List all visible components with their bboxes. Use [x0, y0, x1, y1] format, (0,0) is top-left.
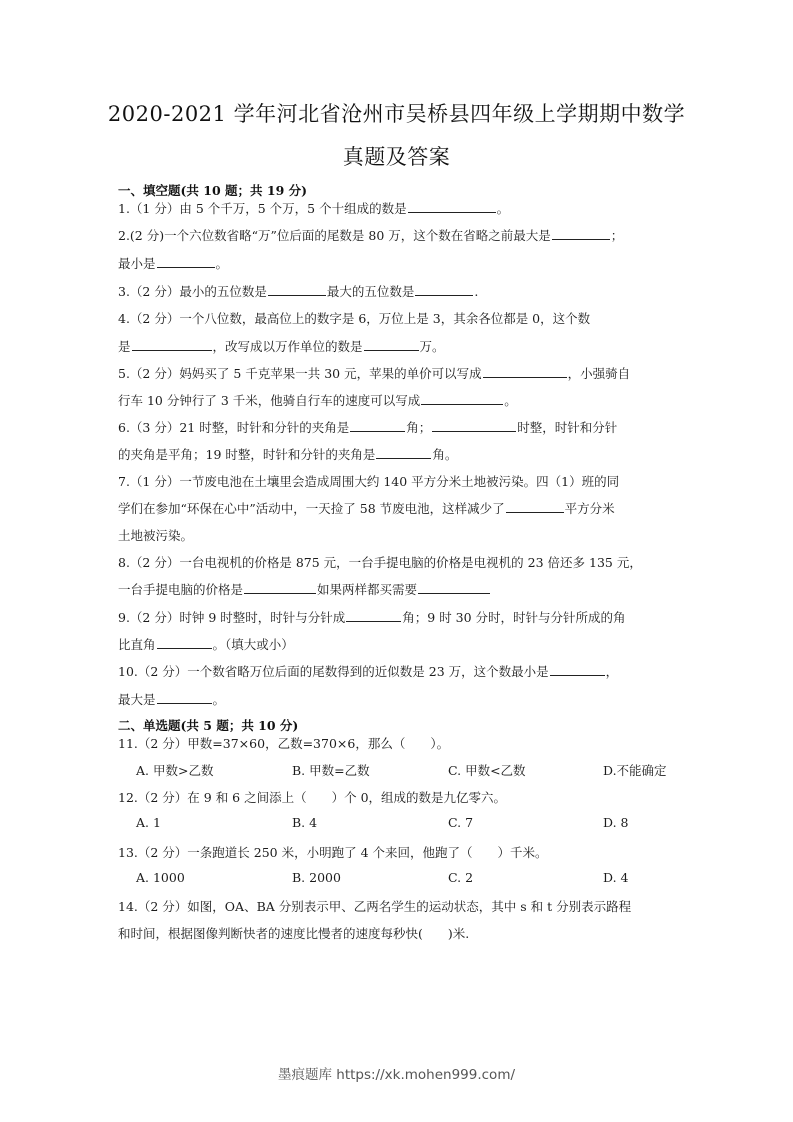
- question-3: 3.（2 分）最小的五位数是最大的五位数是.: [118, 282, 678, 300]
- question-text: 2.(2 分)一个六位数省略“万”位后面的尾数是 80 万，这个数在省略之前最大…: [118, 228, 551, 243]
- answer-blank: [506, 500, 564, 513]
- question-text: 10.（2 分）一个数省略万位后面的尾数得到的近似数是 23 万，这个数最小是: [118, 664, 549, 679]
- option-b[interactable]: B. 甲数=乙数: [292, 761, 370, 779]
- question-8: 8.（2 分）一台电视机的价格是 875 元，一台手提电脑的价格是电视机的 23…: [118, 553, 678, 571]
- question-6: 6.（3 分）21 时整，时针和分针的夹角是角；时整，时针和分针: [118, 418, 678, 436]
- section-heading-fill-in: 一、填空题(共 10 题；共 19 分): [118, 181, 307, 199]
- question-text: 角。: [432, 447, 457, 462]
- question-text: 学们在参加“环保在心中”活动中，一天捡了 58 节废电池，这样减少了: [118, 501, 505, 516]
- question-text: .: [474, 284, 478, 299]
- answer-blank: [132, 338, 212, 351]
- question-text: 9.（2 分）时钟 9 时整时，时针与分针成: [118, 610, 345, 625]
- question-text: ；: [611, 228, 624, 243]
- answer-blank: [364, 338, 419, 351]
- option-b[interactable]: B. 2000: [292, 870, 341, 885]
- question-text: 一台手提电脑的价格是: [118, 582, 243, 597]
- question-7: 7.（1 分）一节废电池在土壤里会造成周围大约 140 平方分米土地被污染。四（…: [118, 472, 678, 490]
- question-13: 13.（2 分）一条跑道长 250 米，小明跑了 4 个来回，他跑了（ ）千米。: [118, 843, 678, 861]
- answer-blank: [432, 419, 516, 432]
- question-text: 如果两样都买需要: [317, 582, 417, 597]
- option-c[interactable]: C. 7: [448, 815, 473, 830]
- answer-blank: [157, 691, 212, 704]
- question-text: ，改写成以万作单位的数是: [213, 339, 363, 354]
- section-heading-single-choice: 二、单选题(共 5 题；共 10 分): [118, 716, 298, 734]
- question-text: 最大的五位数是: [327, 284, 415, 299]
- question-10-cont: 最大是。: [118, 690, 678, 708]
- watermark-footer: 墨痕题库 https://xk.mohen999.com/: [0, 1063, 793, 1083]
- question-text: 的夹角是平角；19 时整，时针和分针的夹角是: [118, 447, 375, 462]
- answer-blank: [350, 419, 405, 432]
- question-text: 。（填大或小）: [213, 637, 294, 652]
- question-text: 最大是: [118, 692, 156, 707]
- question-text: 1.（1 分）由 5 个千万，5 个万，5 个十组成的数是: [118, 201, 407, 216]
- question-text: 。: [216, 256, 229, 271]
- answer-blank: [550, 663, 605, 676]
- question-text: 3.（2 分）最小的五位数是: [118, 284, 267, 299]
- answer-blank: [244, 581, 316, 594]
- question-text: 5.（2 分）妈妈买了 5 千克苹果一共 30 元，苹果的单价可以写成: [118, 366, 482, 381]
- question-7-cont: 学们在参加“环保在心中”活动中，一天捡了 58 节废电池，这样减少了平方分米: [118, 499, 678, 517]
- question-text: ，小强骑自: [568, 366, 631, 381]
- exam-page: 2020-2021 学年河北省沧州市吴桥县四年级上学期期中数学 真题及答案 一、…: [0, 0, 793, 1122]
- question-14: 14.（2 分）如图，OA、BA 分别表示甲、乙两名学生的运动状态，其中 s 和…: [118, 897, 678, 915]
- answer-blank: [408, 200, 496, 213]
- document-title-line-2: 真题及答案: [0, 141, 793, 171]
- option-d[interactable]: D.不能确定: [603, 761, 667, 779]
- question-text: ，: [606, 664, 619, 679]
- answer-blank: [421, 392, 503, 405]
- question-text: 。: [504, 393, 517, 408]
- option-a[interactable]: A. 1000: [136, 870, 185, 885]
- option-d[interactable]: D. 8: [603, 815, 628, 830]
- answer-blank: [268, 283, 326, 296]
- question-4-cont: 是，改写成以万作单位的数是万。: [118, 337, 678, 355]
- question-2: 2.(2 分)一个六位数省略“万”位后面的尾数是 80 万，这个数在省略之前最大…: [118, 226, 678, 244]
- question-14-cont: 和时间，根据图像判断快者的速度比慢者的速度每秒快( )米.: [118, 924, 678, 942]
- question-4: 4.（2 分）一个八位数，最高位上的数字是 6，万位上是 3，其余各位都是 0，…: [118, 309, 678, 327]
- option-d[interactable]: D. 4: [603, 870, 628, 885]
- option-a[interactable]: A. 1: [136, 815, 161, 830]
- option-c[interactable]: C. 2: [448, 870, 473, 885]
- question-11: 11.（2 分）甲数=37×60，乙数=370×6，那么（ ）。: [118, 734, 678, 752]
- question-text: 比直角: [118, 637, 156, 652]
- question-6-cont: 的夹角是平角；19 时整，时针和分针的夹角是角。: [118, 445, 678, 463]
- answer-blank: [157, 636, 212, 649]
- question-9-cont: 比直角。（填大或小）: [118, 635, 678, 653]
- question-12: 12.（2 分）在 9 和 6 之间添上（ ）个 0，组成的数是九亿零六。: [118, 788, 678, 806]
- question-9: 9.（2 分）时钟 9 时整时，时针与分针成角；9 时 30 分时，时针与分针所…: [118, 608, 678, 626]
- question-text: 平方分米: [565, 501, 615, 516]
- question-text: 8.（2 分）一台电视机的价格是 875 元，一台手提电脑的价格是电视机的 23…: [118, 555, 642, 570]
- question-8-cont: 一台手提电脑的价格是如果两样都买需要: [118, 580, 678, 598]
- option-b[interactable]: B. 4: [292, 815, 317, 830]
- question-text: 是: [118, 339, 131, 354]
- question-text: 6.（3 分）21 时整，时针和分针的夹角是: [118, 420, 349, 435]
- question-2-cont: 最小是。: [118, 254, 678, 272]
- answer-blank: [346, 609, 401, 622]
- question-text: 土地被污染。: [118, 528, 193, 543]
- question-7-cont-2: 土地被污染。: [118, 526, 678, 544]
- question-10: 10.（2 分）一个数省略万位后面的尾数得到的近似数是 23 万，这个数最小是，: [118, 662, 678, 680]
- answer-blank: [376, 446, 431, 459]
- answer-blank: [157, 255, 215, 268]
- question-text: 最小是: [118, 256, 156, 271]
- question-5: 5.（2 分）妈妈买了 5 千克苹果一共 30 元，苹果的单价可以写成，小强骑自: [118, 364, 678, 382]
- question-5-cont: 行车 10 分钟行了 3 千米，他骑自行车的速度可以写成。: [118, 391, 678, 409]
- question-text: 。: [213, 692, 226, 707]
- question-text: 万。: [420, 339, 445, 354]
- question-text: 时整，时针和分针: [517, 420, 617, 435]
- document-title-line-1: 2020-2021 学年河北省沧州市吴桥县四年级上学期期中数学: [0, 98, 793, 128]
- question-1: 1.（1 分）由 5 个千万，5 个万，5 个十组成的数是。: [118, 199, 678, 217]
- option-a[interactable]: A. 甲数>乙数: [136, 761, 213, 779]
- question-text: 。: [497, 201, 510, 216]
- option-c[interactable]: C. 甲数<乙数: [448, 761, 526, 779]
- answer-blank: [418, 581, 490, 594]
- answer-blank: [415, 283, 473, 296]
- question-text: 7.（1 分）一节废电池在土壤里会造成周围大约 140 平方分米土地被污染。四（…: [118, 474, 619, 489]
- question-text: 行车 10 分钟行了 3 千米，他骑自行车的速度可以写成: [118, 393, 420, 408]
- answer-blank: [483, 365, 567, 378]
- question-text: 4.（2 分）一个八位数，最高位上的数字是 6，万位上是 3，其余各位都是 0，…: [118, 311, 590, 326]
- question-text: 角；: [406, 420, 431, 435]
- question-text: 角；9 时 30 分时，时针与分针所成的角: [402, 610, 625, 625]
- answer-blank: [552, 227, 610, 240]
